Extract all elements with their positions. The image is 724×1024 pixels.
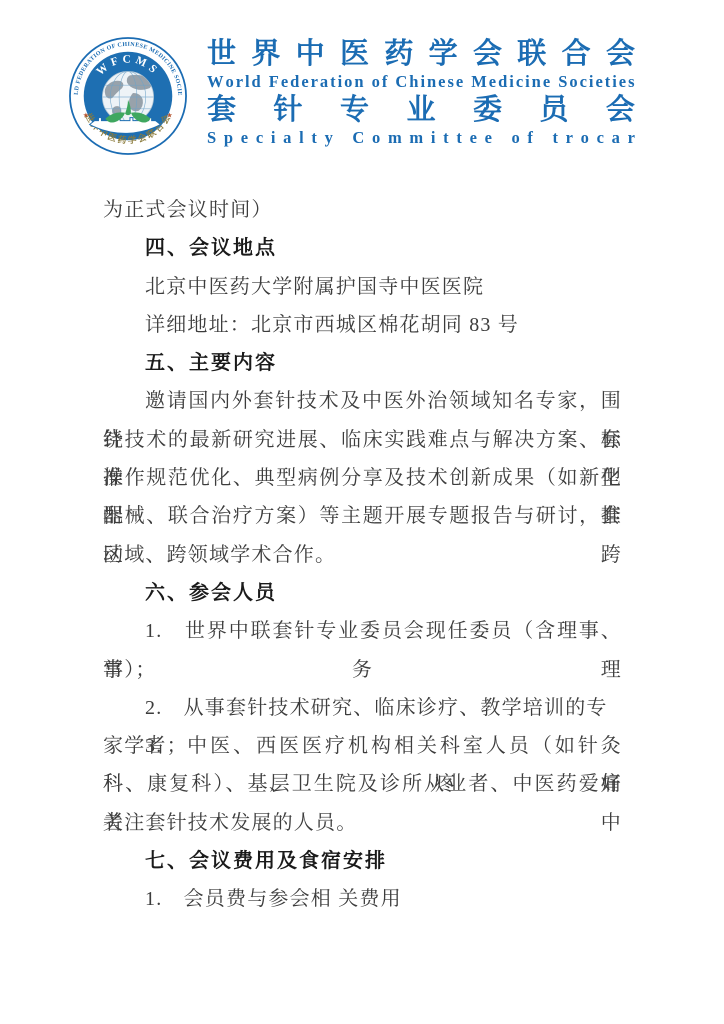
doc-text-line: 科、康复科）、基层卫生院及诊所从业者、中医药爱好者中 <box>103 765 622 803</box>
wfcms-logo-icon: WORLD FEDERATION OF CHINESE MEDICINE SOC… <box>68 36 188 156</box>
section-heading: 六、参会人员 <box>103 574 622 612</box>
doc-text-line: 为正式会议时间） <box>103 191 622 229</box>
doc-text-line: 详细地址：北京市西城区棉花胡同 83 号 <box>103 306 622 344</box>
section-heading: 四、会议地点 <box>103 229 622 267</box>
logo-star-left-icon: ★ <box>83 112 89 120</box>
doc-text-line: 北京中医药大学附属护国寺中医医院 <box>103 268 622 306</box>
doc-text-line: 邀请国内外套针技术及中医外治领域知名专家，围绕套 <box>103 382 622 420</box>
section-heading: 五、主要内容 <box>103 344 622 382</box>
doc-text-line: 操作规范优化、典型病例分享及技术创新成果（如新型配套 <box>103 459 622 497</box>
doc-text-line: 3. 中医、西医医疗机构相关科室人员（如针灸科、疼痛 <box>103 727 622 765</box>
doc-text-line: 2. 从事套针技术研究、临床诊疗、教学培训的专家学者； <box>103 689 622 727</box>
letterhead: WORLD FEDERATION OF CHINESE MEDICINE SOC… <box>0 0 724 170</box>
committee-name-en: Specialty Committee of trocar <box>207 128 635 148</box>
doc-text-line: 1. 世界中联套针专业委员会现任委员（含理事、常务理 <box>103 612 622 650</box>
doc-text-line: 针技术的最新研究进展、临床实践难点与解决方案、标准化 <box>103 421 622 459</box>
document-body: 为正式会议时间）四、会议地点北京中医药大学附属护国寺中医医院详细地址：北京市西城… <box>103 191 622 919</box>
document-page: { "page": { "background": "#ffffff", "ac… <box>0 0 724 1024</box>
letterhead-titles: 世界中医药学会联合会 World Federation of Chinese M… <box>207 38 635 148</box>
doc-text-line: 1. 会员费与参会相 关费用 <box>103 880 622 918</box>
doc-text-line: 器械、联合治疗方案）等主题开展专题报告与研讨，推动跨 <box>103 497 622 535</box>
org-name-en: World Federation of Chinese Medicine Soc… <box>207 72 635 92</box>
logo-star-right-icon: ★ <box>166 112 172 120</box>
committee-name-cn: 套针专业委员会 <box>207 94 635 127</box>
section-heading: 七、会议费用及食宿安排 <box>103 842 622 880</box>
org-name-cn: 世界中医药学会联合会 <box>207 38 635 71</box>
